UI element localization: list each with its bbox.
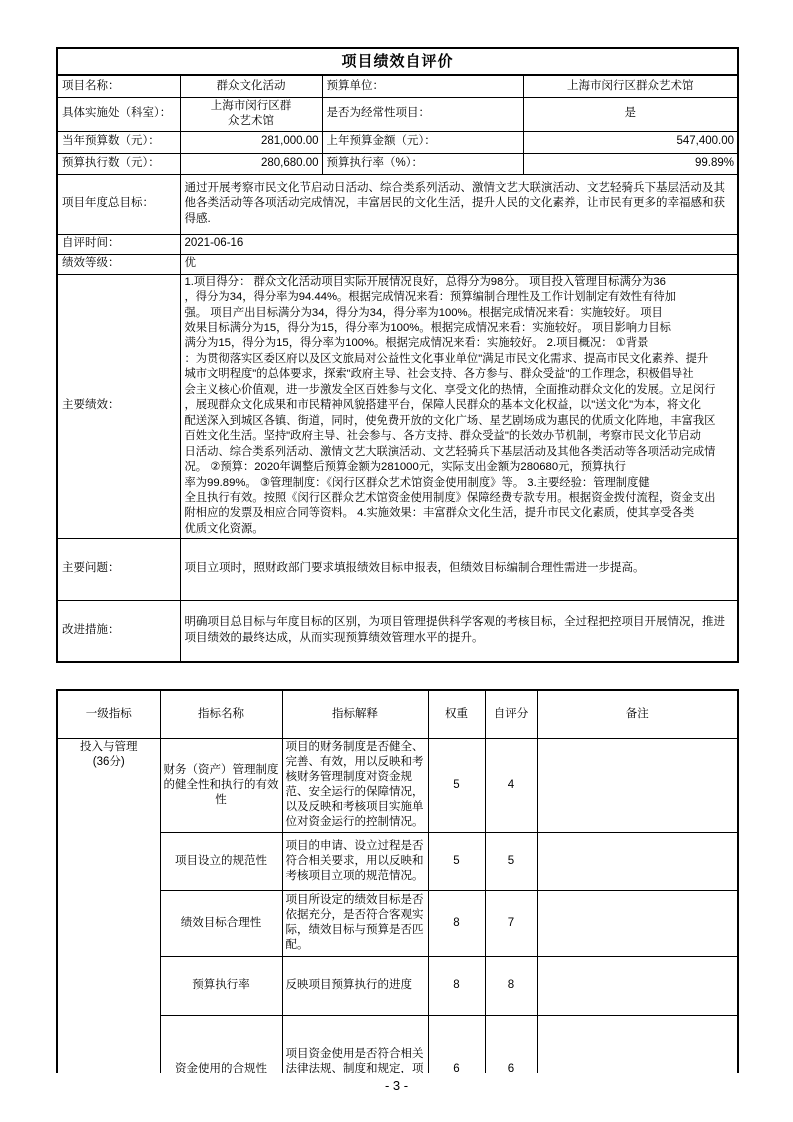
indicator-score: 6: [485, 1015, 537, 1073]
indicator-table-clip: 一级指标 指标名称 指标解释 权重 自评分 备注 投入与管理 (36分) 财务（…: [56, 689, 740, 1073]
indicator-remark: [537, 832, 738, 890]
indicator-weight: 6: [428, 1015, 485, 1073]
indicator-weight: 8: [428, 956, 485, 1015]
header-level1-indicator: 一级指标: [57, 690, 160, 738]
indicator-name: 资金使用的合规性: [160, 1015, 282, 1073]
exec-rate-value: 99.89%: [523, 153, 738, 174]
indicator-remark: [537, 738, 738, 832]
indicator-name: 项目设立的规范性: [160, 832, 282, 890]
indicator-weight: 5: [428, 832, 485, 890]
prev-budget-label: 上年预算金额（元）：: [322, 131, 523, 153]
budget-unit-value: 上海市闵行区群众艺术馆: [523, 75, 738, 97]
indicator-row: 项目设立的规范性 项目的申请、设立过程是否符合相关要求，用以反映和考核项目立项的…: [57, 832, 738, 890]
grade-value: 优: [180, 254, 738, 274]
indicator-weight: 8: [428, 890, 485, 956]
prev-budget-value: 547,400.00: [523, 131, 738, 153]
indicator-weight: 5: [428, 738, 485, 832]
indicator-group-cell: 投入与管理 (36分): [57, 738, 160, 1073]
is-regular-label: 是否为经常性项目：: [322, 97, 523, 131]
indicator-explain: 反映项目预算执行的进度: [282, 956, 428, 1015]
document-page: 项目绩效自评价 项目名称： 群众文化活动 预算单位： 上海市闵行区群众艺术馆 具…: [0, 0, 793, 1122]
project-name-label: 项目名称：: [57, 75, 180, 97]
indicator-row: 资金使用的合规性 项目资金使用是否符合相关法律法规、制度和规定，项目资金使用是否…: [57, 1015, 738, 1073]
project-name-value: 群众文化活动: [180, 75, 322, 97]
indicator-score: 8: [485, 956, 537, 1015]
impl-dept-label: 具体实施处（科室）：: [57, 97, 180, 131]
header-indicator-explain: 指标解释: [282, 690, 428, 738]
header-remark: 备注: [537, 690, 738, 738]
indicator-remark: [537, 956, 738, 1015]
problems-value: 项目立项时，照财政部门要求填报绩效目标申报表，但绩效目标编制合理性需进一步提高。: [180, 538, 738, 600]
exec-amount-value: 280,680.00: [180, 153, 322, 174]
header-weight: 权重: [428, 690, 485, 738]
self-evaluation-form-table: 项目绩效自评价 项目名称： 群众文化活动 预算单位： 上海市闵行区群众艺术馆 具…: [56, 47, 739, 663]
form-title: 项目绩效自评价: [57, 48, 738, 75]
indicator-explain: 项目资金使用是否符合相关法律法规、制度和规定，项目资金使用是否规范和安全: [282, 1015, 428, 1073]
is-regular-value: 是: [523, 97, 738, 131]
performance-label: 主要绩效：: [57, 274, 180, 538]
indicator-row: 投入与管理 (36分) 财务（资产）管理制度的健全性和执行的有效性 项目的财务制…: [57, 738, 738, 832]
indicator-remark: [537, 1015, 738, 1073]
problems-label: 主要问题：: [57, 538, 180, 600]
indicator-remark: [537, 890, 738, 956]
eval-date-value: 2021-06-16: [180, 234, 738, 254]
annual-goal-value: 通过开展考察市民文化节启动日活动、综合类系列活动、激情文艺大联演活动、文艺轻骑兵…: [180, 174, 738, 234]
indicator-explain: 项目的财务制度是否健全、完善、有效，用以反映和考核财务管理制度对资金规范、安全运…: [282, 738, 428, 832]
exec-rate-label: 预算执行率（%）：: [322, 153, 523, 174]
current-budget-value: 281,000.00: [180, 131, 322, 153]
indicator-score: 7: [485, 890, 537, 956]
indicator-table: 一级指标 指标名称 指标解释 权重 自评分 备注 投入与管理 (36分) 财务（…: [56, 689, 739, 1073]
indicator-score: 5: [485, 832, 537, 890]
budget-unit-label: 预算单位：: [322, 75, 523, 97]
indicator-score: 4: [485, 738, 537, 832]
annual-goal-label: 项目年度总目标：: [57, 174, 180, 234]
grade-label: 绩效等级：: [57, 254, 180, 274]
impl-dept-value: 上海市闵行区群 众艺术馆: [180, 97, 322, 131]
header-indicator-name: 指标名称: [160, 690, 282, 738]
indicator-header-row: 一级指标 指标名称 指标解释 权重 自评分 备注: [57, 690, 738, 738]
performance-value: 1.项目得分： 群众文化活动项目实际开展情况良好，总得分为98分。 项目投入管理…: [180, 274, 738, 538]
current-budget-label: 当年预算数（元）：: [57, 131, 180, 153]
eval-date-label: 自评时间：: [57, 234, 180, 254]
indicator-name: 财务（资产）管理制度的健全性和执行的有效性: [160, 738, 282, 832]
indicator-row: 预算执行率 反映项目预算执行的进度 8 8: [57, 956, 738, 1015]
indicator-name: 绩效目标合理性: [160, 890, 282, 956]
page-number: - 3 -: [0, 1078, 793, 1093]
indicator-row: 绩效目标合理性 项目所设定的绩效目标是否依据充分，是否符合客观实际，绩效目标与预…: [57, 890, 738, 956]
exec-amount-label: 预算执行数（元）：: [57, 153, 180, 174]
indicator-explain: 项目所设定的绩效目标是否依据充分，是否符合客观实际，绩效目标与预算是否匹配。: [282, 890, 428, 956]
indicator-explain: 项目的申请、设立过程是否符合相关要求，用以反映和考核项目立项的规范情况。: [282, 832, 428, 890]
improvement-value: 明确项目总目标与年度目标的区别，为项目管理提供科学客观的考核目标，全过程把控项目…: [180, 600, 738, 662]
improvement-label: 改进措施：: [57, 600, 180, 662]
header-self-score: 自评分: [485, 690, 537, 738]
indicator-name: 预算执行率: [160, 956, 282, 1015]
